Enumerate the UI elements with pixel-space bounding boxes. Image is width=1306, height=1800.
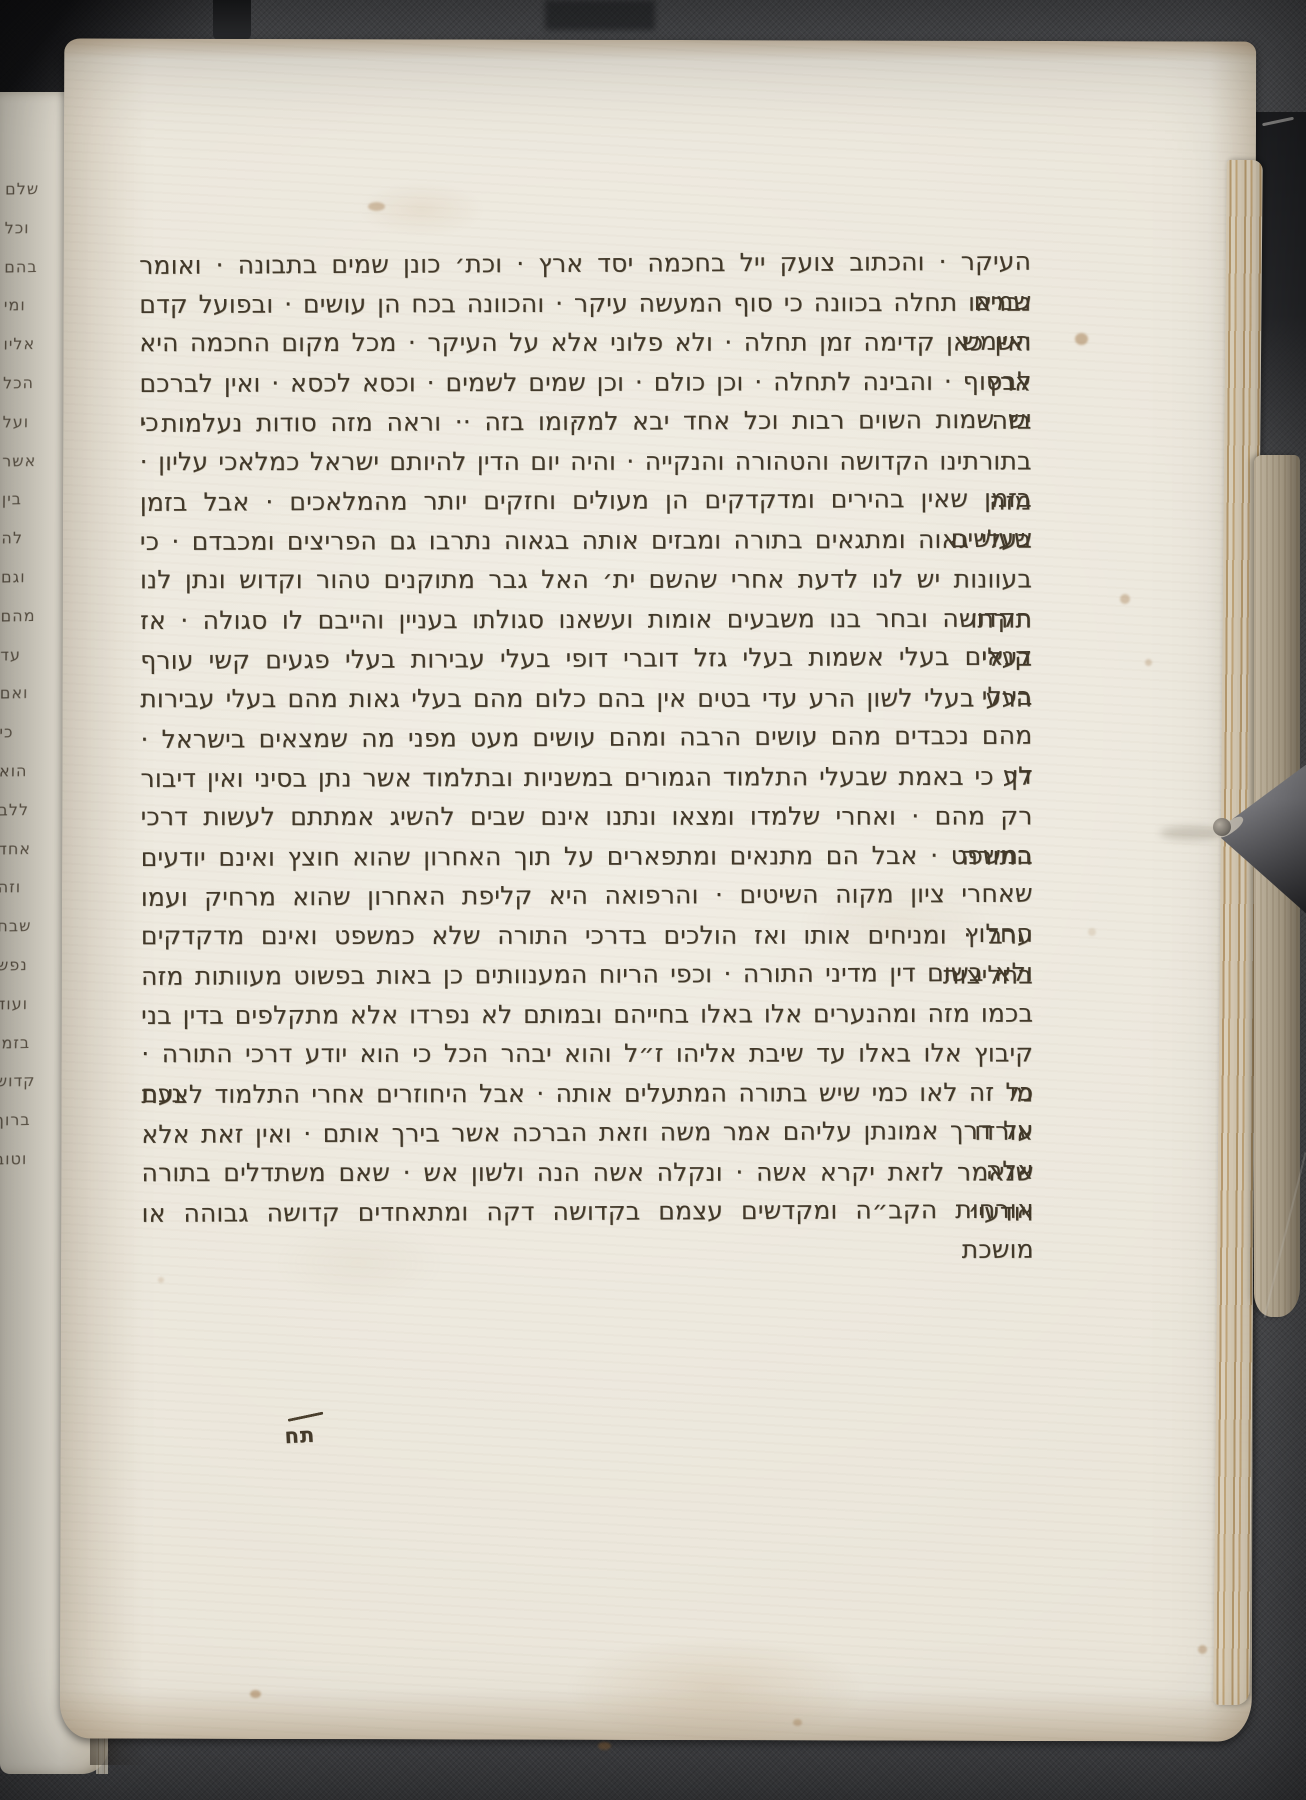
handwritten-text-block: העיקר · והכתוב צועק ייל בחכמה יסד ארץ · … <box>139 243 1034 1233</box>
facing-page-line-fragment: וגם <box>1 557 71 597</box>
catchword-flourish <box>288 1412 324 1422</box>
manuscript-line: מהם נכבדים מהם עושים הרבה ומהם עושים מעט… <box>140 716 1032 760</box>
foxing-spot <box>158 1277 164 1283</box>
manuscript-line: ואין כאן קדימה זמן תחלה · ולא פלוני אלא … <box>139 322 1031 362</box>
foxing-spot <box>1088 928 1096 936</box>
facing-page-line-fragment: קדוש <box>0 1062 66 1102</box>
facing-page-line-fragment: אשר <box>2 441 72 481</box>
manuscript-line: קנאים בעלי אשמות בעלי גזל דוברי דופי בעל… <box>140 637 1032 681</box>
facing-page-line-fragment: עד <box>0 635 70 675</box>
foxing-spot <box>1075 333 1088 345</box>
foxing-spot <box>1120 594 1130 604</box>
facing-page-line-fragment: נפש <box>0 945 67 985</box>
facing-page-line-fragment: בזמן <box>0 1023 66 1063</box>
cradle-clip-dark-tab <box>213 0 251 40</box>
facing-page-line-fragment: וטוב <box>0 1139 65 1179</box>
manuscript-line: אורחות הקב״ה ומקדשים עצמם בקדושה דקה ומת… <box>142 1190 1034 1234</box>
manuscript-line: במשפט · אבל הם מתנאים ומתפארים על תוך הא… <box>141 835 1033 877</box>
foxing-spot <box>598 1742 611 1750</box>
foxing-spot <box>1145 659 1152 666</box>
facing-page-line-fragment: בין <box>2 480 72 520</box>
facing-page-line-fragment: כי <box>0 713 70 753</box>
manuscript-line: העיקר · והכתוב צועק ייל בחכמה יסד ארץ · … <box>139 242 1031 286</box>
facing-page-line-fragment: הוא <box>0 751 69 791</box>
manuscript-line: על דרך אמונתן עליהם אמר משה וזאת הברכה א… <box>141 1111 1033 1155</box>
facing-page-line-fragment: לה <box>1 519 71 559</box>
manuscript-line: לך כי באמת שבעלי התלמוד הגמורים במשניות … <box>140 756 1032 798</box>
facing-page-line-fragment: מהם <box>0 596 70 636</box>
cone-tip <box>1213 818 1231 836</box>
facing-page-line-fragment: שבח <box>0 907 68 947</box>
manuscript-line: שנאמר לזאת יקרא אשה · ונקלה אשה הנה ולשו… <box>142 1152 1034 1192</box>
manuscript-line: בעוונות יש לנו לדעת אחרי שהשם ית׳ האל גב… <box>140 559 1032 599</box>
manuscript-line: בזמן שאין בהירים ומדקדקים הן מעולים וחזק… <box>140 479 1032 523</box>
facing-page-line-fragment: ואם <box>0 674 70 714</box>
cradle-shadow-tab <box>545 0 655 30</box>
foxing-spot <box>793 1719 802 1726</box>
manuscript-line: בתורתינו הקדושה והטהורה והנקייה · והיה י… <box>140 441 1032 481</box>
manuscript-line: הרע בעלי לשון הרע עדי בטים אין בהם כלום … <box>140 678 1032 718</box>
manuscript-line: בעלי גאוה ומתגאים בתורה ומבזים אותה בגאו… <box>140 519 1032 561</box>
manuscript-line: בכמו מזה ומהנערים אלו באלו בחייהם ובמותם… <box>141 993 1033 1035</box>
manuscript-line: שאחרי ציון מקוה השיטים · והרפואה היא קלי… <box>141 874 1033 918</box>
photograph: שלםוכלבהםומיאליוהכלועלאשרביןלהוגםמהםעדוא… <box>0 0 1306 1800</box>
facing-page-line-fragment: ברוך <box>0 1101 66 1141</box>
manuscript-line: קיבוץ אלו באלו עד שיבת אליהו ז״ל והוא יב… <box>141 1033 1033 1073</box>
facing-page-line-fragment: וזה <box>0 868 68 908</box>
facing-page-line-fragment: ועוד <box>0 984 67 1024</box>
foxing-spot <box>368 202 385 211</box>
background-shadow-right-column <box>1256 112 1306 482</box>
manuscript-line: לבסוף · והבינה לתחלה · וכן כולם · וכן שמ… <box>139 361 1031 403</box>
facing-page-line-fragment: אחד <box>0 829 68 869</box>
manuscript-line: ולא בשום דין מדיני התורה · וכפי הריוח המ… <box>141 953 1033 997</box>
catchword: תח <box>277 1410 340 1465</box>
manuscript-line: נבראו תחלה בכוונה כי סוף המעשה עיקר · וה… <box>139 282 1031 324</box>
manuscript-line: יש שמות השוים רבות וכל אחד יבא למקומו בז… <box>139 400 1031 444</box>
foxing-spot <box>1198 1645 1207 1654</box>
facing-page-line-fragment: ללב <box>0 790 69 830</box>
manuscript-line: רק מהם · ואחרי שלמדו ומצאו ונתנו אינם שב… <box>141 796 1033 836</box>
manuscript-line: ערב · ומניחים אותו ואז הולכים בדרכי התור… <box>141 915 1033 955</box>
foxing-spot <box>250 1690 261 1698</box>
manuscript-page: העיקר · והכתוב צועק ייל בחכמה יסד ארץ · … <box>60 38 1256 1741</box>
manuscript-line: הקדושה ובחר בנו משבעים אומות ועשאנו סגול… <box>140 598 1032 640</box>
page-weight-cone <box>1214 755 1306 915</box>
catchword-text: תח <box>284 1423 316 1449</box>
